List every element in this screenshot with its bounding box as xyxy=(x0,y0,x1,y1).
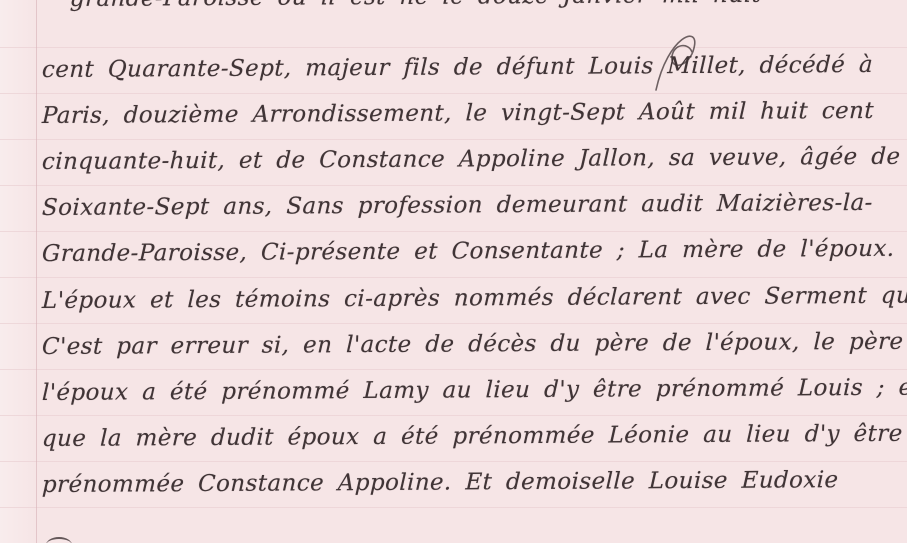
manuscript-line: cent Quarante-Sept, majeur fils de défun… xyxy=(42,51,898,84)
manuscript-line: que la mère dudit époux a été prénommée … xyxy=(42,420,898,453)
manuscript-page: grande-Paroisse où il est né le douze Ja… xyxy=(0,0,907,543)
manuscript-line: prénommée Constance Appoline. Et demoise… xyxy=(42,466,898,499)
manuscript-line: C'est par erreur si, en l'acte de décès … xyxy=(42,328,898,361)
manuscript-line: L'époux et les témoins ci-après nommés d… xyxy=(42,282,898,315)
manuscript-line: cinquante-huit, et de Constance Appoline… xyxy=(42,143,898,176)
manuscript-line: Paris, douzième Arrondissement, le vingt… xyxy=(42,97,898,130)
manuscript-line: Soixante-Sept ans, Sans profession demeu… xyxy=(42,189,898,222)
margin-line xyxy=(36,0,37,543)
manuscript-line: l'époux a été prénommé Lamy au lieu d'y … xyxy=(42,374,898,407)
manuscript-line: Grande-Paroisse, Ci-présente et Consenta… xyxy=(42,235,898,268)
